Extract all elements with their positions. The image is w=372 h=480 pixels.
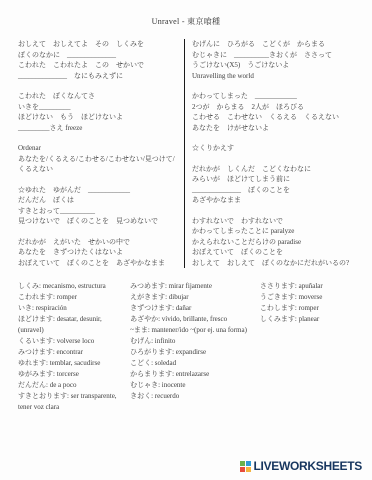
lyric-line: すきとおって__________ bbox=[18, 206, 184, 217]
lyric-line: ______________ なにもみえずに bbox=[18, 71, 184, 82]
vocab-entry: えがきます: dibujar bbox=[130, 292, 252, 303]
lyric-line: かわってしまった ____________ bbox=[192, 91, 366, 102]
vocab-entry: うごきます: moverse bbox=[260, 292, 368, 303]
lyric-line: _________さえ freeze bbox=[18, 123, 184, 134]
vocab-entry: いき: respiración bbox=[18, 303, 126, 314]
lyric-line: Ordenar bbox=[18, 143, 184, 154]
vocab-entry: きおく: recuerdo bbox=[130, 391, 252, 402]
liveworksheets-logo[interactable]: LIVEWORKSHEETS bbox=[240, 459, 362, 473]
lyric-stanza-ordenar: Ordenarあなたを/くるえる/こわせる/こわせない/見つけて/くるえない bbox=[18, 143, 184, 175]
lyric-line: だれかが しくんだ こどくなわなに bbox=[192, 164, 366, 175]
lyric-line: いきを_________ bbox=[18, 102, 184, 113]
lyric-line: あざやかなまま bbox=[192, 195, 366, 206]
lyric-line: あなたを/くるえる/こわせる/こわせない/見つけて/くるえない bbox=[18, 154, 184, 175]
vocab-entry: だんだん: de a poco bbox=[18, 380, 126, 391]
lyric-line: むじゃきに __________きおくが ささって bbox=[192, 50, 366, 61]
lyric-stanza: ☆ゆれた ゆがんだ ____________だんだん ぼくはすきとおって____… bbox=[18, 185, 184, 227]
lyric-line: ぼくのなかに ______________ bbox=[18, 50, 184, 61]
vocab-entry: ~まま: mantener/ido ~(por ej. una forma) bbox=[130, 325, 252, 336]
vocab-entry: ゆがみます: torcerse bbox=[18, 369, 126, 380]
lyrics-left-column: おしえて おしえてよ その しくみをぼくのなかに ______________こ… bbox=[18, 39, 184, 268]
lyric-line: ☆ゆれた ゆがんだ ____________ bbox=[18, 185, 184, 196]
worksheet-title: Unravel - 東京喰種 bbox=[0, 0, 372, 27]
grid-cell-green bbox=[240, 461, 245, 466]
lyric-stanza-repeat-mark: ☆くりかえす bbox=[192, 143, 366, 154]
lyric-stanza: だれかが しくんだ こどくなわなにみらいが ほどけてしまう前に_________… bbox=[192, 164, 366, 206]
lyric-line: あなたを けがせないよ bbox=[192, 123, 366, 134]
vocab-entry: こわします: romper bbox=[260, 303, 368, 314]
vocab-entry: ひろがります: expandirse bbox=[130, 347, 252, 358]
lyric-stanza: こわれた ぼくなんてさいきを_________ほどけない もう ほどけないよ__… bbox=[18, 91, 184, 133]
lyric-line: あなたを きずつけたくはないよ bbox=[18, 247, 184, 258]
lyric-line: ほどけない もう ほどけないよ bbox=[18, 112, 184, 123]
lyric-line: うごけない(X5) うごけないよ bbox=[192, 60, 366, 71]
lyrics-section: おしえて おしえてよ その しくみをぼくのなかに ______________こ… bbox=[0, 39, 372, 268]
vocab-entry: しくみ: mecanismo, estructura bbox=[18, 281, 126, 292]
lyric-line: おぼえていて ぼくのことを bbox=[192, 247, 366, 258]
vocab-entry: ささります: apuñalar bbox=[260, 281, 368, 292]
grid-cell-blue bbox=[246, 461, 251, 466]
lyric-line: こわれた ぼくなんてさ bbox=[18, 91, 184, 102]
lyric-line: ☆くりかえす bbox=[192, 143, 366, 154]
vocab-entry: むじゃき: inocente bbox=[130, 380, 252, 391]
lyric-line: かえられないことだらけの paradise bbox=[192, 237, 366, 248]
lyric-stanza: わすれないで わすれないでかわってしまったことに paralyzeかえられないこ… bbox=[192, 216, 366, 269]
vocab-entry: からまります: entrelazarse bbox=[130, 369, 252, 380]
lyric-line: だれかが えがいた せかいの中で bbox=[18, 237, 184, 248]
column-divider bbox=[184, 39, 185, 268]
vocab-column-3: ささります: apuñalarうごきます: moverseこわします: romp… bbox=[260, 281, 368, 413]
lyric-stanza: むげんに ひろがる こどくが からまるむじゃきに __________きおくが … bbox=[192, 39, 366, 81]
lyric-line: Unravelling the world bbox=[192, 71, 366, 82]
vocab-entry: あざやか: vívido, brillante, fresco bbox=[130, 314, 252, 325]
lyric-stanza: だれかが えがいた せかいの中であなたを きずつけたくはないよおぼえていて ぼく… bbox=[18, 237, 184, 269]
lyric-line: こわせる こわせない くるえる くるえない bbox=[192, 112, 366, 123]
vocab-entry: ほどけます: desatar, desunir, (unravel) bbox=[18, 314, 126, 336]
lyric-line: 2つが からまる 2人が ほろびる bbox=[192, 102, 366, 113]
lyric-line: こわれた こわれたよ この せかいで bbox=[18, 60, 184, 71]
lyric-line: おぼえていて ぼくのことを あざやかなまま bbox=[18, 258, 184, 269]
lyric-line: みらいが ほどけてしまう前に bbox=[192, 174, 366, 185]
vocab-entry: こどく: soledad bbox=[130, 358, 252, 369]
vocab-entry: みつけます: encontrar bbox=[18, 347, 126, 358]
lyric-line: だんだん ぼくは bbox=[18, 195, 184, 206]
lyric-line: 見つけないで ぼくのことを 見つめないで bbox=[18, 216, 184, 227]
vocab-entry: ゆれます: temblar, sacudirse bbox=[18, 358, 126, 369]
grid-cell-yellow bbox=[246, 467, 251, 472]
lyric-line: わすれないで わすれないで bbox=[192, 216, 366, 227]
vocab-entry: こわれます: romper bbox=[18, 292, 126, 303]
lyrics-right-column: むげんに ひろがる こどくが からまるむじゃきに __________きおくが … bbox=[192, 39, 366, 268]
vocabulary-section: しくみ: mecanismo, estructuraこわれます: romperい… bbox=[0, 281, 372, 413]
lyric-line: かわってしまったことに paralyze bbox=[192, 226, 366, 237]
lyric-line: むげんに ひろがる こどくが からまる bbox=[192, 39, 366, 50]
worksheet-page: Unravel - 東京喰種 おしえて おしえてよ その しくみをぼくのなかに … bbox=[0, 0, 372, 480]
lyric-line: おしえて おしえて ぼくのなかにだれがいるの? bbox=[192, 258, 366, 269]
vocab-entry: くるいます: volverse loco bbox=[18, 336, 126, 347]
vocab-entry: しくみます: planear bbox=[260, 314, 368, 325]
lyric-stanza: かわってしまった ____________2つが からまる 2人が ほろびるこわ… bbox=[192, 91, 366, 133]
vocab-entry: みつめます: mirar fijamente bbox=[130, 281, 252, 292]
vocab-entry: きずつけます: dañar bbox=[130, 303, 252, 314]
lyric-line: おしえて おしえてよ その しくみを bbox=[18, 39, 184, 50]
liveworksheets-brand-text: LIVEWORKSHEETS bbox=[254, 459, 362, 473]
vocab-column-1: しくみ: mecanismo, estructuraこわれます: romperい… bbox=[18, 281, 126, 413]
grid-cell-red bbox=[240, 467, 245, 472]
liveworksheets-grid-icon bbox=[240, 461, 251, 472]
lyric-stanza: おしえて おしえてよ その しくみをぼくのなかに ______________こ… bbox=[18, 39, 184, 81]
lyric-line: ______________ ぼくのことを bbox=[192, 185, 366, 196]
vocab-column-2: みつめます: mirar fijamenteえがきます: dibujarきずつけ… bbox=[130, 281, 252, 413]
vocab-entry: むげん: infinito bbox=[130, 336, 252, 347]
vocab-entry: すきとおります: ser transparente, tener voz cla… bbox=[18, 391, 126, 413]
